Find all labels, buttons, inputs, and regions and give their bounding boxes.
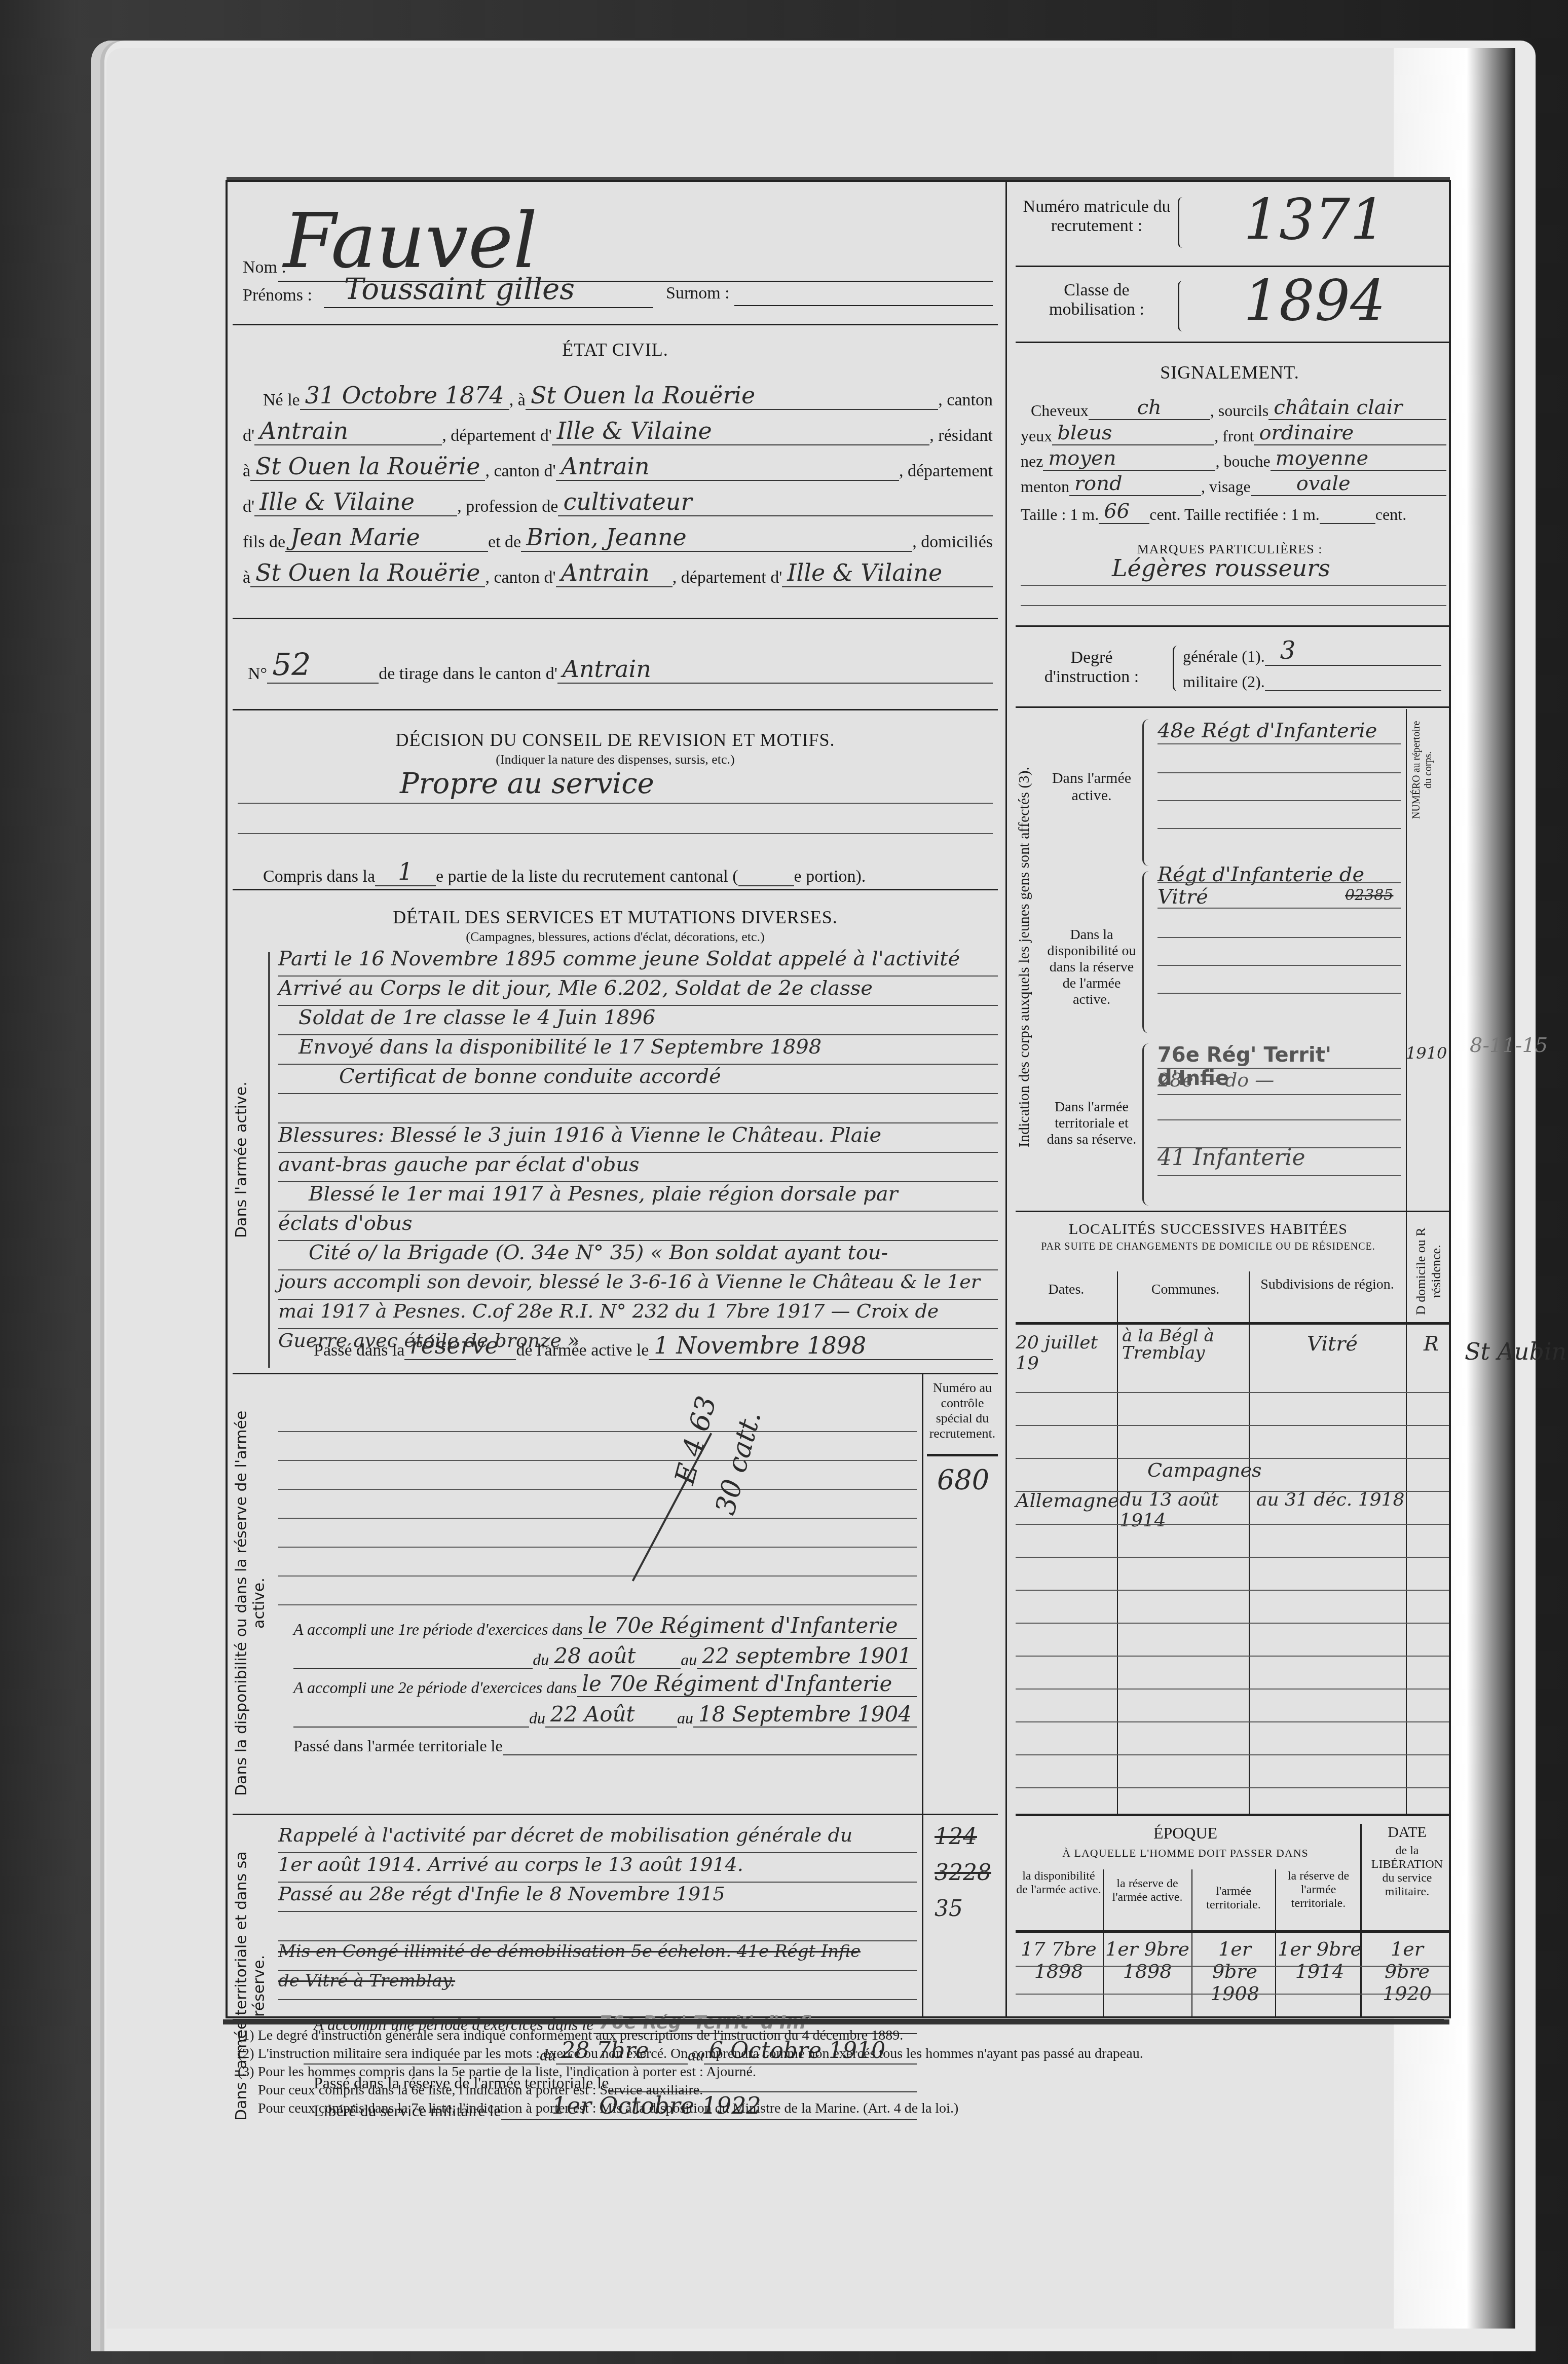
menton-value: rond [1069, 472, 1201, 496]
conseil-subtitle: (Indiquer la nature des dispenses, sursi… [228, 752, 1003, 767]
naissance-row: Né le 31 Octobre 1874 , à St Ouen la Rou… [243, 374, 993, 410]
periode2-au-label: au [677, 1709, 693, 1728]
residence-a-label: à [243, 462, 250, 481]
canton-label: , canton [938, 391, 993, 410]
tirage-no-value: 52 [267, 647, 379, 684]
instruction-militaire-row: militaire (2). [1183, 666, 1441, 691]
res-departement-label: , département [899, 462, 993, 481]
periode2-au: 18 Septembre 1904 [693, 1702, 917, 1728]
periode1-dates-row: du 28 août au 22 septembre 1901 [293, 1639, 917, 1669]
signalement-title: SIGNALEMENT. [1011, 362, 1449, 383]
service-line: Arrivé au Corps le dit jour, Mle 6.202, … [278, 977, 998, 1006]
passe-reserve-date: 1 Novembre 1898 [649, 1332, 993, 1360]
periode2-row: A accompli une 2e période d'exercices da… [293, 1669, 917, 1697]
periode1-row: A accompli une 1re période d'exercices d… [293, 1611, 917, 1639]
dom-canton-value: Antrain [556, 559, 673, 587]
nez-row: nez moyen , bouche moyenne [1021, 445, 1446, 471]
surnom-label: Surnom : [666, 284, 730, 303]
instruction-generale-row: générale (1). 3 [1183, 641, 1441, 666]
corps-entry: 28e — do — [1158, 1069, 1274, 1091]
partie-label: e partie de la liste du recrutement cant… [436, 867, 738, 886]
instruction-generale-value: 3 [1265, 636, 1441, 666]
service-line: avant-bras gauche par éclat d'obus [278, 1153, 998, 1182]
services-lines: Parti le 16 Novembre 1895 comme jeune So… [278, 947, 998, 1352]
res-canton-label: , canton d' [485, 462, 555, 481]
service-line: Cité o/ la Brigade (O. 34e N° 35) « Bon … [278, 1241, 998, 1270]
service-line: Soldat de 1re classe le 4 Juin 1896 [278, 1006, 998, 1035]
periode1-au: 22 septembre 1901 [697, 1643, 917, 1669]
res-dep-d-label: d' [243, 497, 254, 516]
res-departement-value: Ille & Vilaine [254, 488, 457, 516]
sourcils-label: , sourcils [1210, 401, 1269, 420]
periode1-du: 28 août [549, 1643, 681, 1669]
passe-territoriale-row: Passé dans l'armée territoriale le [293, 1728, 917, 1755]
matricule-value: 1371 [1244, 187, 1386, 252]
canton-value: Antrain [254, 417, 442, 445]
fils-label: fils de [243, 533, 285, 552]
cheveux-row: Cheveux ch , sourcils châtain clair [1021, 395, 1446, 420]
service-line: Envoyé dans la disponibilité le 17 Septe… [278, 1035, 998, 1065]
form-bottom-rule [223, 2019, 1449, 2024]
territoriale-line: 1er août 1914. Arrivé au corps le 13 aoû… [278, 1853, 917, 1883]
liberation-subtitle: de la LIBÉRATION du service militaire. [1365, 1844, 1449, 1899]
epoque-value: 1er 9bre 1908 [1193, 1938, 1277, 2005]
periode2-du: 22 Août [545, 1702, 677, 1728]
col-communes: Communes. [1122, 1282, 1249, 1298]
cheveux-value: ch [1089, 396, 1210, 420]
residant-label: , résidant [929, 426, 993, 445]
localite-dr: R [1416, 1332, 1446, 1356]
taille-label: Taille : 1 m. [1021, 505, 1099, 524]
margin-number: 35 [935, 1896, 995, 1922]
partie-value: 1 [375, 858, 436, 886]
visage-value: ovale [1251, 472, 1446, 496]
territoriale-line: Rappelé à l'activité par décret de mobil… [278, 1824, 917, 1853]
localites-title: LOCALITÉS SUCCESSIVES HABITÉES [1011, 1221, 1406, 1238]
periode1-corps-cont [293, 1648, 533, 1669]
territoriale-margin-numbers: 124 3228 35 [935, 1824, 995, 1922]
passe-reserve-row: Passé dans la réserve de l'armée active … [314, 1332, 993, 1360]
dom-departement-label: , département d' [673, 568, 782, 587]
conseil-decision: Propre au service [400, 767, 654, 800]
matricule-label: Numéro matricule du recrutement : [1021, 197, 1173, 236]
side-label-active: Dans l'armée active. [233, 952, 258, 1368]
periode2-dates-row: du 22 Août au 18 Septembre 1904 [293, 1697, 917, 1728]
liberation-value: 1er 9bre 1920 [1365, 1938, 1449, 2005]
corps-group-territoriale: Dans l'armée territoriale et dans sa rés… [1041, 1043, 1406, 1216]
etat-civil-title: ÉTAT CIVIL. [228, 339, 1003, 360]
periode1-corps: le 70e Régiment d'Infanterie [583, 1613, 917, 1639]
tirage-no-label: N° [248, 664, 267, 684]
corps-group-label: Dans la disponibilité ou dans la réserve… [1046, 927, 1137, 1008]
nom-label: Nom : [243, 258, 286, 277]
a-label: , à [509, 391, 526, 410]
prenoms-row: Prénoms : Toussaint gilles Surnom : [243, 281, 993, 311]
territoriale-line: de Vitré à Tremblay. [278, 1971, 917, 2000]
epoque-title: ÉPOQUE [1016, 1824, 1355, 1843]
periode1-du-label: du [533, 1650, 549, 1669]
front-value: ordinaire [1254, 421, 1446, 445]
portion-label: e portion). [794, 867, 866, 886]
residence-value: St Ouen la Rouërie [250, 453, 485, 481]
prenoms-label: Prénoms : [243, 286, 312, 305]
nez-value: moyen [1043, 446, 1215, 471]
footnote-3: (3) Pour les hommes compris dans la 5e p… [238, 2063, 1444, 2081]
compris-row: Compris dans la 1 e partie de la liste d… [263, 856, 922, 886]
margin-number: 124 [935, 1824, 995, 1850]
instruction-militaire-label: militaire (2). [1183, 672, 1265, 691]
epoque-col: la réserve de l'armée territoriale. [1277, 1869, 1360, 1910]
dom-a-label: à [243, 568, 250, 587]
passe-reserve-value: réserve [404, 1332, 516, 1360]
footnote-3c: Pour ceux compris dans la 7e liste, l'in… [238, 2099, 1444, 2118]
territoriale-line: Passé au 28e régt d'Infie le 8 Novembre … [278, 1883, 917, 1912]
periodes-block: A accompli une 1re période d'exercices d… [293, 1611, 917, 1755]
tirage-label: de tirage dans le canton d' [379, 664, 557, 684]
footnote-2: (2) L'instruction militaire sera indiqué… [238, 2045, 1444, 2063]
epoque-col: la réserve de l'armée active. [1104, 1877, 1190, 1904]
epoque-value: 1er 9bre 1898 [1104, 1938, 1190, 1982]
portion-value [738, 865, 794, 886]
passe-reserve-label: Passé dans la [314, 1341, 404, 1360]
corps-entry: Régt d'Infanterie de Vitré [1158, 864, 1370, 908]
corps-group-label: Dans l'armée active. [1046, 770, 1137, 804]
domicile-row: à St Ouen la Rouërie , canton d' Antrain… [243, 554, 993, 587]
outer-note-date: 8-11-15 [1470, 1034, 1548, 1057]
epoque-value: 1er 9bre 1914 [1277, 1938, 1363, 1982]
yeux-row: yeux bleus , front ordinaire [1021, 420, 1446, 445]
service-line: jours accompli son devoir, blessé le 3-6… [278, 1270, 998, 1300]
res-canton-value: Antrain [556, 453, 899, 481]
dr-column-header: D domicile ou R résidence. [1413, 1226, 1444, 1317]
residence-row: à St Ouen la Rouërie , canton d' Antrain… [243, 448, 993, 481]
localite-subdivision: Vitré [1269, 1332, 1396, 1356]
yeux-label: yeux [1021, 427, 1052, 445]
canton-row: d' Antrain , département d' Ille & Vilai… [243, 412, 993, 445]
prenoms-value: Toussaint gilles [344, 272, 575, 306]
dom-value: St Ouen la Rouërie [250, 559, 485, 587]
territoriale-lines: Rappelé à l'activité par décret de mobil… [278, 1824, 917, 2000]
footnote-1: (1) Le degré d'instruction générale sera… [238, 2027, 1444, 2045]
outer-note-localite: St Aubin [1465, 1338, 1566, 1365]
service-line: éclats d'obus [278, 1212, 998, 1241]
localite-commune: à la Bégl à Tremblay [1122, 1327, 1249, 1362]
corps-numero: 02385 [1345, 886, 1393, 904]
ne-le-label: Né le [243, 391, 300, 410]
taille-value: 66 [1099, 500, 1149, 524]
corps-group-active: Dans l'armée active. 48e Régt d'Infanter… [1041, 719, 1406, 871]
classe-value: 1894 [1244, 268, 1386, 333]
classe-label: Classe de mobilisation : [1021, 281, 1173, 319]
territoriale-line: Mis en Congé illimité de démobilisation … [278, 1941, 917, 1971]
departement-label: , département d' [442, 426, 552, 445]
compris-label: Compris dans la [263, 867, 375, 886]
localites-subtitle: PAR SUITE DE CHANGEMENTS DE DOMICILE OU … [1011, 1241, 1406, 1253]
yeux-value: bleus [1052, 421, 1214, 445]
sourcils-value: châtain clair [1268, 396, 1446, 420]
canton-d-label: d' [243, 426, 254, 445]
service-line [278, 1094, 998, 1123]
taille-rectifiee-value [1320, 503, 1375, 524]
instruction-militaire-value [1265, 670, 1441, 691]
date-naissance: 31 Octobre 1874 [300, 382, 509, 410]
dom-canton-label: , canton d' [485, 568, 555, 587]
pere-value: Jean Marie [285, 523, 488, 552]
periode2-corps-cont [293, 1706, 529, 1728]
periode2-du-label: du [529, 1709, 545, 1728]
service-line: Blessé le 1er mai 1917 à Pesnes, plaie r… [278, 1182, 998, 1212]
corps-group-disponibilite: Dans la disponibilité ou dans la réserve… [1041, 871, 1406, 1038]
territoriale-line [278, 1912, 917, 1941]
tirage-canton-value: Antrain [557, 655, 993, 684]
bouche-label: , bouche [1215, 452, 1270, 471]
passe-territoriale-value [503, 1734, 917, 1755]
instruction-label: Degré d'instruction : [1026, 648, 1158, 687]
numero-controle-label: Numéro au contrôle spécial du recrutemen… [927, 1380, 998, 1441]
menton-label: menton [1021, 477, 1069, 496]
periode2-corps: le 70e Régiment d'Infanterie [577, 1671, 917, 1697]
services-title: DÉTAIL DES SERVICES ET MUTATIONS DIVERSE… [228, 907, 1003, 928]
visage-label: , visage [1201, 477, 1251, 496]
col-dates: Dates. [1016, 1282, 1117, 1298]
corps-group-label: Dans l'armée territoriale et dans sa rés… [1046, 1099, 1137, 1148]
departement-value: Ille & Vilaine [552, 417, 930, 445]
service-line: mai 1917 à Pesnes. C.of 28e R.I. N° 232 … [278, 1300, 998, 1329]
service-line: Blessures: Blessé le 3 juin 1916 à Vienn… [278, 1123, 998, 1153]
profession-row: d' Ille & Vilaine , profession de cultiv… [243, 483, 993, 516]
bouche-value: moyenne [1271, 446, 1446, 471]
corps-side-label: Indication des corps auxquels les jeunes… [1016, 719, 1041, 1195]
periode2-label: A accompli une 2e période d'exercices da… [293, 1678, 577, 1697]
footnote-3b: Pour ceux compris dans la 6e liste, l'in… [238, 2081, 1444, 2099]
passe-reserve-label2: de l'armée active le [516, 1341, 649, 1360]
footnotes: (1) Le degré d'instruction générale sera… [238, 2027, 1444, 2118]
corps-numero: 1910 [1406, 1043, 1447, 1063]
services-subtitle: (Campagnes, blessures, actions d'éclat, … [228, 929, 1003, 945]
dom-departement-value: Ille & Vilaine [782, 559, 993, 587]
epoque-col: la disponibilité de l'armée active. [1016, 1869, 1102, 1897]
taille-row: Taille : 1 m. 66 cent. Taille rectifiée … [1021, 496, 1446, 524]
matricule-form: Nom : Fauvel Prénoms : Toussaint gilles … [226, 180, 1451, 2018]
profession-label: , profession de [457, 497, 558, 516]
menton-row: menton rond , visage ovale [1021, 471, 1446, 496]
nez-label: nez [1021, 452, 1043, 471]
liberation-title: DATE [1365, 1824, 1449, 1841]
lieu-naissance: St Ouen la Rouërie [526, 382, 938, 410]
signalement-block: Cheveux ch , sourcils châtain clair yeux… [1021, 395, 1446, 524]
service-line: Parti le 16 Novembre 1895 comme jeune So… [278, 947, 998, 977]
numero-repertoire-label: NUMÉRO au répertoire du corps. [1411, 719, 1441, 820]
periode1-label: A accompli une 1re période d'exercices d… [293, 1620, 583, 1639]
marques-value: Légères rousseurs [1112, 554, 1330, 582]
localites-rules [1016, 1360, 1449, 1788]
numero-controle-value: 680 [937, 1464, 989, 1496]
conseil-title: DÉCISION DU CONSEIL DE REVISION ET MOTIF… [228, 729, 1003, 751]
col-subdivisions: Subdivisions de région. [1254, 1277, 1401, 1293]
epoque-value: 17 7bre 1898 [1016, 1938, 1102, 1982]
margin-number: 3228 [935, 1860, 995, 1886]
corps-entry: 41 Infanterie [1158, 1145, 1305, 1171]
parents-row: fils de Jean Marie et de Brion, Jeanne ,… [243, 519, 993, 552]
disponibilite-lines [278, 1403, 917, 1605]
instruction-fields: générale (1). 3 militaire (2). [1183, 641, 1441, 691]
domicilies-label: , domiciliés [912, 533, 993, 552]
taille-rectifiee-label: cent. Taille rectifiée : 1 m. [1149, 505, 1320, 524]
profession-value: cultivateur [558, 488, 993, 516]
cheveux-label: Cheveux [1021, 401, 1089, 420]
passe-territoriale-label: Passé dans l'armée territoriale le [293, 1737, 503, 1755]
cent-label: cent. [1375, 505, 1406, 524]
epoque-col: l'armée territoriale. [1193, 1885, 1274, 1912]
epoque-subtitle: À LAQUELLE L'HOMME DOIT PASSER DANS [1016, 1847, 1355, 1860]
front-label: , front [1214, 427, 1254, 445]
side-label-disponibilite: Dans la disponibilité ou dans la réserve… [233, 1393, 278, 1814]
tirage-row: N° 52 de tirage dans le canton d' Antrai… [248, 648, 993, 684]
et-label: et de [488, 533, 521, 552]
mere-value: Brion, Jeanne [521, 523, 912, 552]
service-line: Certificat de bonne conduite accordé [278, 1065, 998, 1094]
corps-entry: 48e Régt d'Infanterie [1158, 719, 1377, 742]
instruction-generale-label: générale (1). [1183, 647, 1265, 666]
periode1-au-label: au [681, 1650, 697, 1669]
